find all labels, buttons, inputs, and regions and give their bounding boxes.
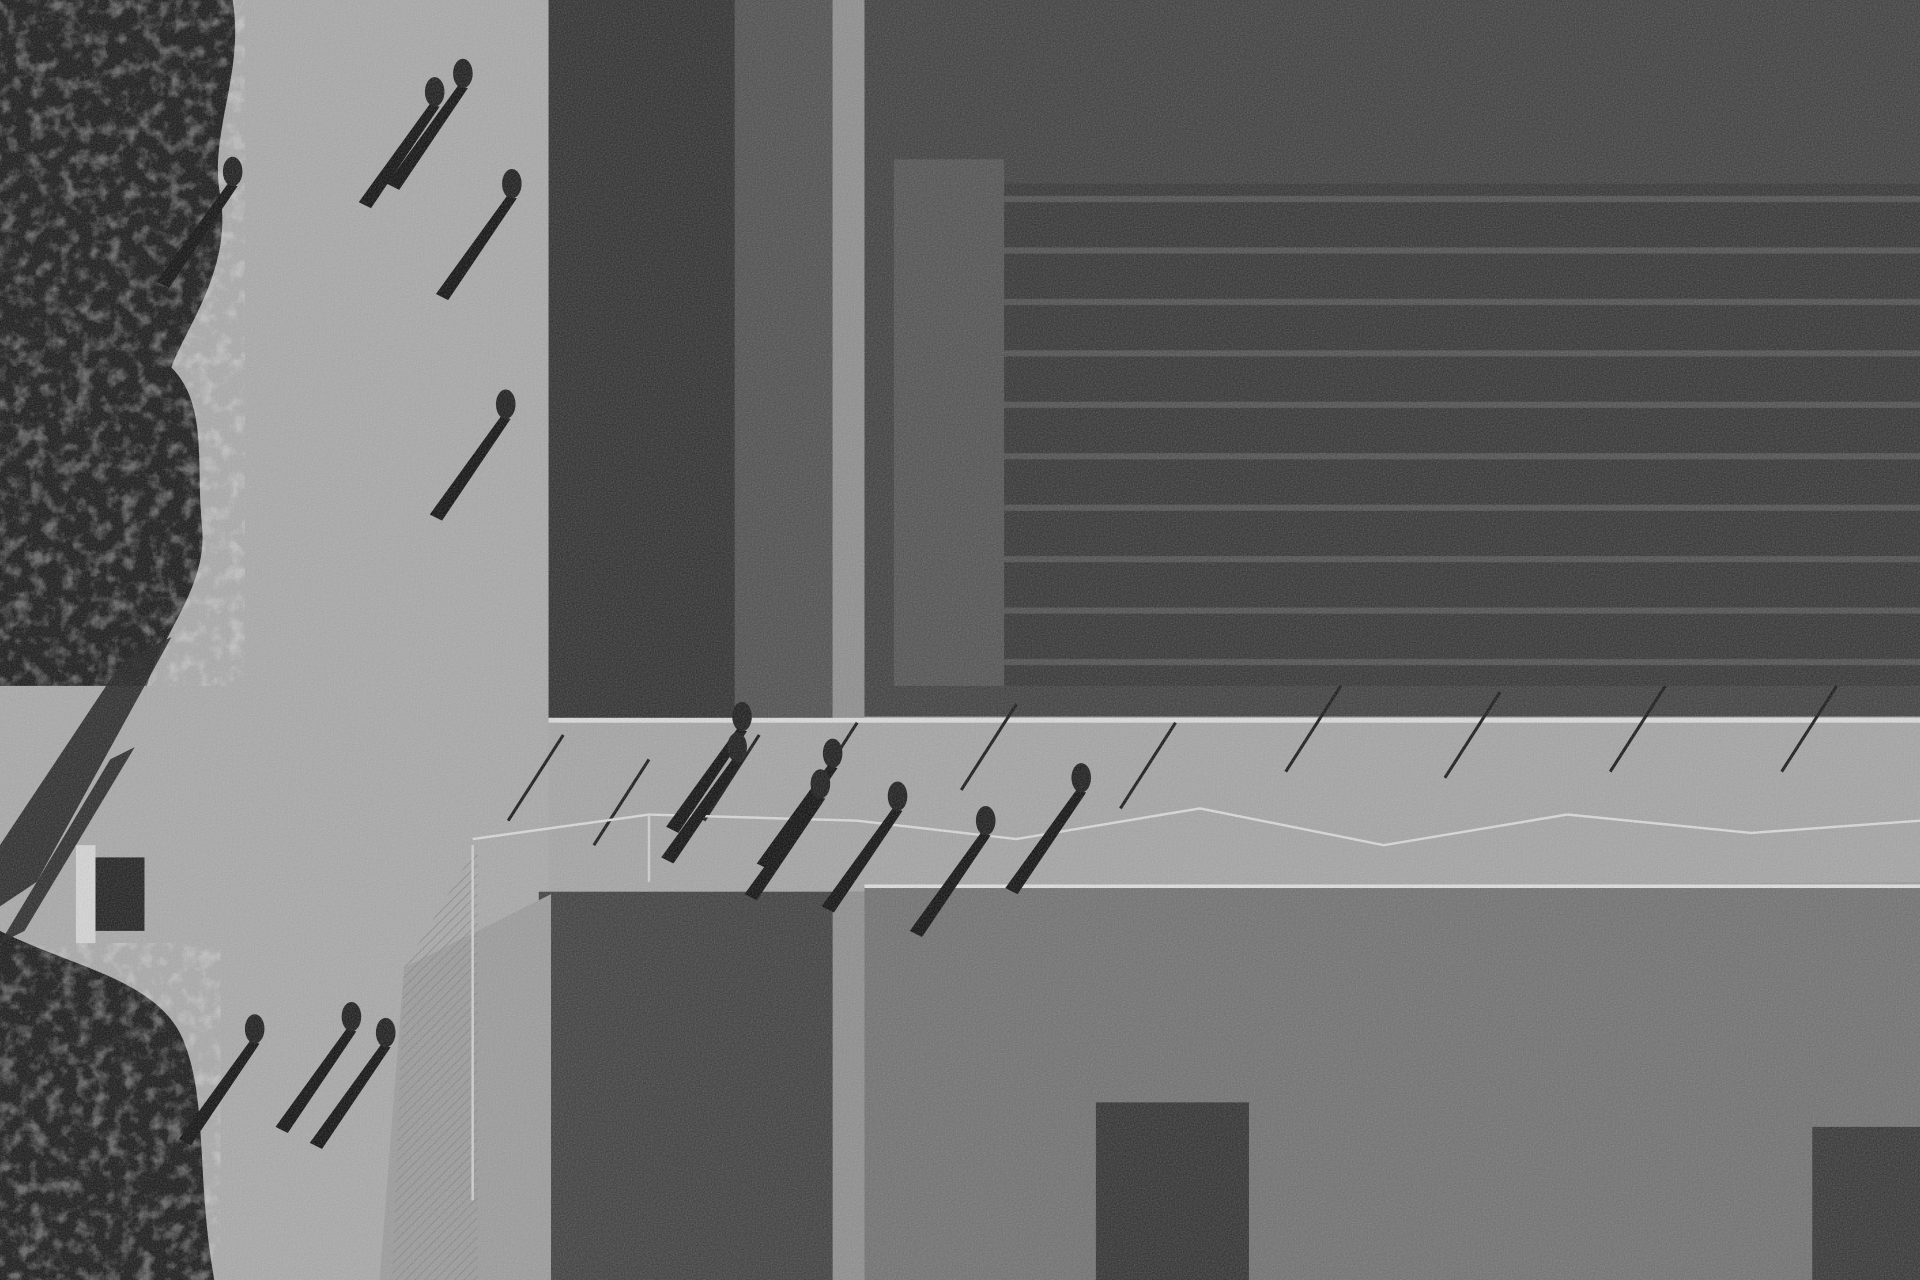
aerial-park-photo — [0, 0, 1920, 1280]
photo-canvas — [0, 0, 1920, 1280]
